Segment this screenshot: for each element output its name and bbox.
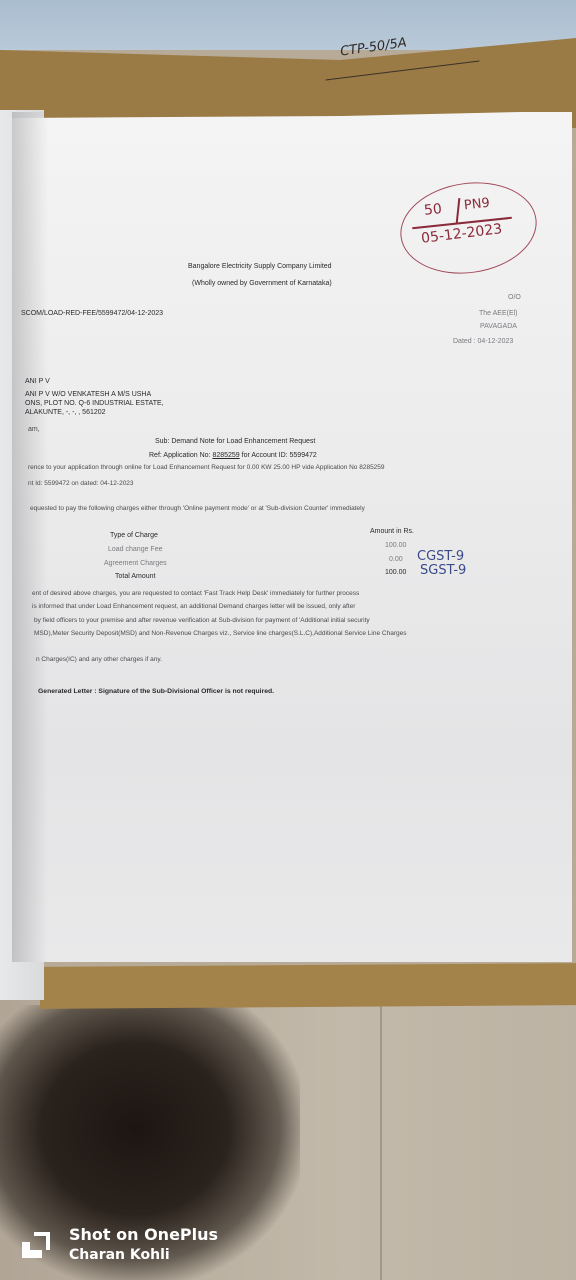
body-para3-line5: n Charges(IC) and any other charges if a… [36, 656, 162, 663]
table-total-label: Total Amount [115, 573, 155, 580]
body-para1-line2: nt Id: 5599472 on dated: 04-12-2023 [28, 480, 134, 487]
paper-fold-shadow [12, 112, 48, 962]
addressee-line2: ONS, PLOT NO. Q-6 INDUSTRIAL ESTATE, [25, 400, 164, 407]
oneplus-camera-logo-icon [20, 1230, 52, 1258]
subject-line: Sub: Demand Note for Load Enhancement Re… [155, 438, 315, 445]
table-header-type: Type of Charge [110, 532, 158, 539]
reference-code: SCOM/LOAD-RED-FEE/5599472/04-12-2023 [21, 310, 163, 317]
office-officer: The AEE(El) [479, 310, 518, 317]
body-para1-line1: rence to your application through online… [28, 464, 385, 471]
addressee-line3: ALAKUNTE, -, -, , 561202 [25, 409, 106, 416]
watermark-line2: Charan Kohli [69, 1247, 170, 1263]
table-header-amount: Amount in Rs. [370, 528, 414, 535]
office-co: O/O [508, 294, 521, 301]
office-dated: Dated : 04-12-2023 [453, 338, 513, 345]
handwritten-sgst-note: SGST-9 [420, 563, 466, 578]
stamp-initials: PN9 [463, 196, 490, 214]
body-para2: equested to pay the following charges ei… [30, 505, 365, 512]
reference-line: Ref: Application No: 8285259 for Account… [149, 452, 317, 459]
generated-letter-note: Generated Letter : Signature of the Sub-… [38, 688, 274, 695]
company-name: Bangalore Electricity Supply Company Lim… [188, 263, 332, 270]
ref-suffix: for Account ID: 5599472 [242, 452, 317, 459]
watermark-line1: Shot on OnePlus [69, 1225, 218, 1244]
blue-sheet-background [0, 0, 576, 50]
table-row-type: Load change Fee [108, 546, 163, 553]
file-board-bottom [40, 963, 576, 1009]
addressee-name: ANI P V [25, 378, 50, 385]
office-location: PAVAGADA [480, 323, 517, 330]
body-para3-line1: ent of desired above charges, you are re… [32, 590, 359, 597]
table-total-amount: 100.00 [385, 569, 406, 576]
table-row-amount: 0.00 [389, 556, 403, 563]
table-row-type: Agreement Charges [104, 560, 167, 567]
salutation: am, [28, 426, 40, 433]
body-para3-line3: by field officers to your premise and af… [34, 617, 370, 624]
body-para3-line4: MSD),Meter Security Deposit(MSD) and Non… [34, 630, 406, 637]
addressee-line1: ANI P V W/O VENKATESH A M/S USHA [25, 391, 151, 398]
floor-tile-seam [380, 1000, 382, 1280]
table-row-amount: 100.00 [385, 542, 406, 549]
company-ownership: (Wholly owned by Government of Karnataka… [192, 280, 332, 287]
ref-prefix: Ref: Application No: [149, 452, 210, 459]
handwritten-cgst-note: CGST-9 [417, 549, 464, 564]
body-para3-line2: is informed that under Load Enhancement … [32, 603, 355, 610]
application-number: 8285259 [212, 452, 239, 459]
stamp-number: 50 [423, 201, 442, 219]
